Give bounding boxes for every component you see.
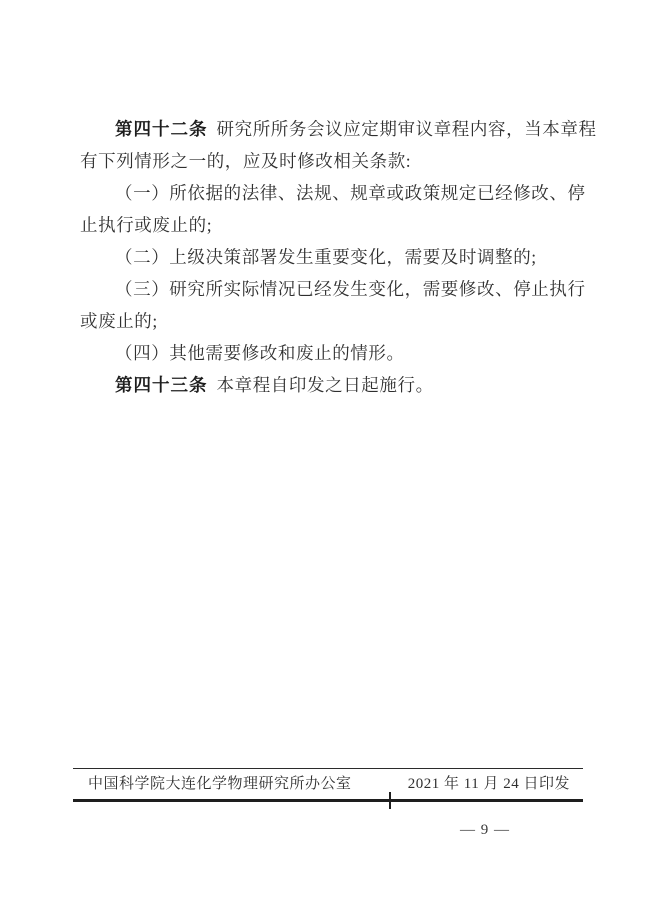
line-text: 本章程自印发之日起施行。 (217, 375, 434, 395)
text-line: 有下列情形之一的，应及时修改相关条款: (80, 145, 580, 177)
document-page: 第四十二条研究所所务会议应定期审议章程内容，当本章程 有下列情形之一的，应及时修… (0, 0, 650, 919)
line-text: （四）其他需要修改和废止的情形。 (115, 343, 405, 363)
text-line: 止执行或废止的; (80, 209, 580, 241)
footer-divider-tick (389, 792, 391, 809)
line-text: 或废止的; (80, 311, 158, 331)
footer-top-rule (73, 768, 583, 769)
text-line: （一）所依据的法律、法规、规章或政策规定已经修改、停 (80, 177, 580, 209)
article-43-number: 第四十三条 (115, 375, 208, 395)
article-body: 第四十二条研究所所务会议应定期审议章程内容，当本章程 有下列情形之一的，应及时修… (80, 113, 580, 401)
line-text: （三）研究所实际情况已经发生变化，需要修改、停止执行 (115, 279, 586, 299)
text-line: （四）其他需要修改和废止的情形。 (80, 337, 580, 369)
text-line: 第四十二条研究所所务会议应定期审议章程内容，当本章程 (80, 113, 580, 145)
text-line: 第四十三条本章程自印发之日起施行。 (80, 369, 580, 401)
footer-bottom-rule (73, 799, 583, 802)
line-text: 止执行或废止的; (80, 215, 212, 235)
text-line: 或废止的; (80, 305, 580, 337)
article-42-number: 第四十二条 (115, 119, 208, 139)
line-text: 研究所所务会议应定期审议章程内容，当本章程 (217, 119, 597, 139)
line-text: （一）所依据的法律、法规、规章或政策规定已经修改、停 (115, 183, 586, 203)
footer-row: 中国科学院大连化学物理研究所办公室 2021 年 11 月 24 日印发 (73, 770, 583, 798)
line-text: （二）上级决策部署发生重要变化，需要及时调整的; (115, 247, 537, 267)
page-number: — 9 — (450, 822, 520, 839)
print-date: 2021 年 11 月 24 日印发 (408, 770, 570, 798)
text-line: （三）研究所实际情况已经发生变化，需要修改、停止执行 (80, 273, 580, 305)
issuer-name: 中国科学院大连化学物理研究所办公室 (88, 770, 352, 798)
line-text: 有下列情形之一的，应及时修改相关条款: (80, 151, 411, 171)
text-line: （二）上级决策部署发生重要变化，需要及时调整的; (80, 241, 580, 273)
